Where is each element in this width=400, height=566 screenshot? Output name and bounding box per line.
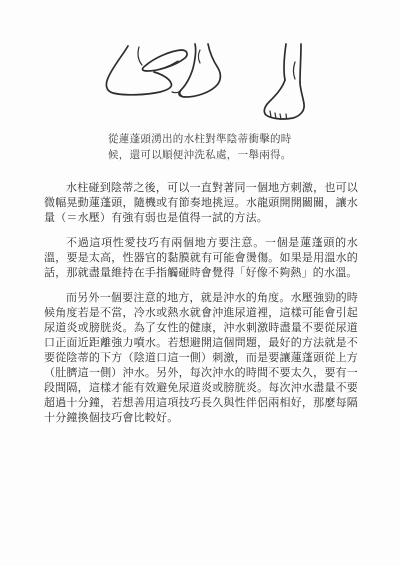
body-paragraph-3: 而另外一個要注意的地方，就是沖水的角度。水壓強勁的時候角度若是不當，冷水或熱水就… xyxy=(44,291,358,426)
body-text: 水柱碰到陰蒂之後，可以一直對著同一個地方刺激，也可以微幅晃動蓮蓬頭，隨機或有節奏… xyxy=(0,181,400,436)
body-paragraph-2: 不過這項性愛技巧有兩個地方要注意。一個是蓮蓬頭的水溫，要是太高，性器官的黏膜就有… xyxy=(44,236,358,281)
book-page: 從蓮蓬頭湧出的水柱對準陰蒂衝擊的時候，還可以順便沖洗私處，一舉兩得。 水柱碰到陰… xyxy=(0,0,400,566)
body-paragraph-1: 水柱碰到陰蒂之後，可以一直對著同一個地方刺激，也可以微幅晃動蓮蓬頭，隨機或有節奏… xyxy=(44,181,358,226)
feet-line-drawing-icon xyxy=(88,0,320,128)
illustration-caption: 從蓮蓬頭湧出的水柱對準陰蒂衝擊的時候，還可以順便沖洗私處，一舉兩得。 xyxy=(108,131,312,163)
feet-illustration xyxy=(88,0,320,128)
